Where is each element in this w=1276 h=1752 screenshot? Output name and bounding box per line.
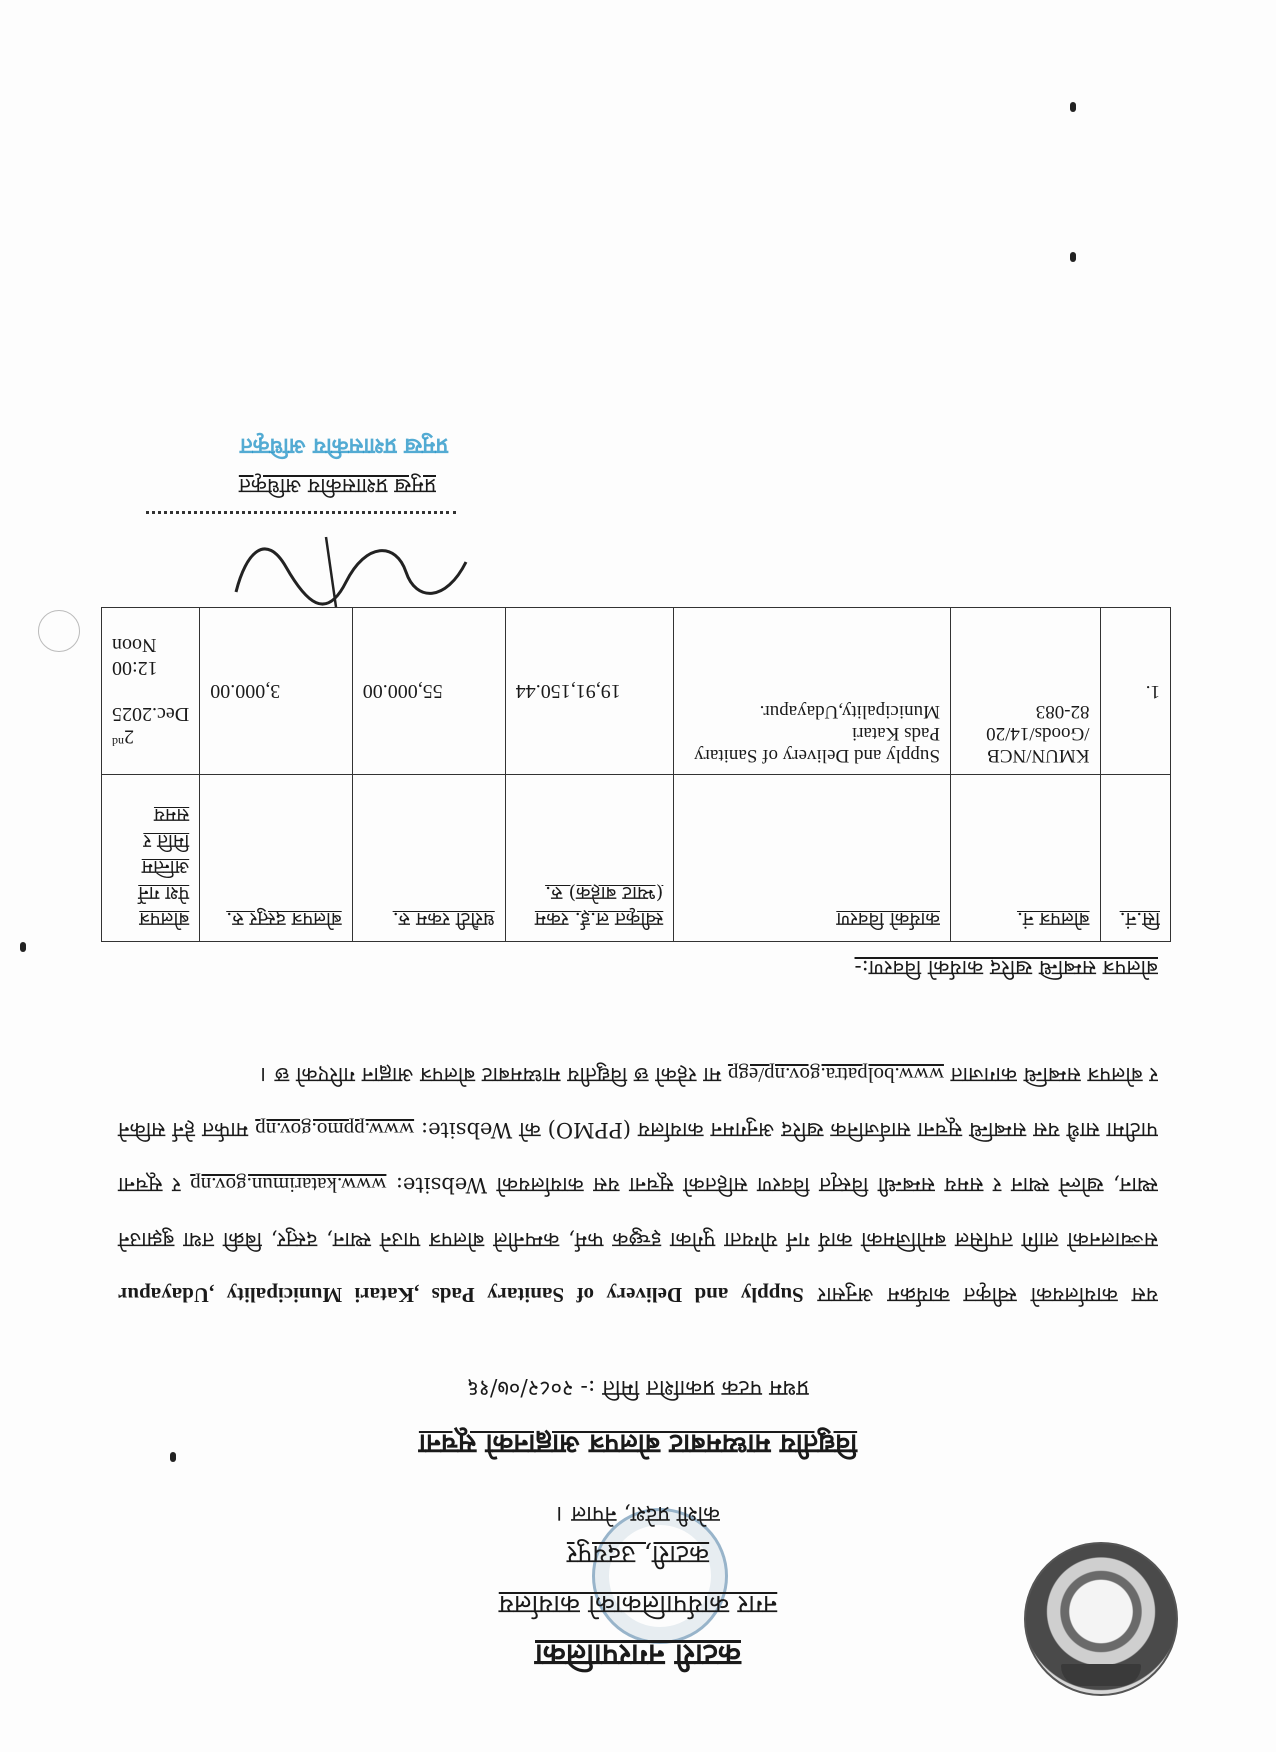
table-heading: बोलपत्र सम्बन्धि खरिद कार्यको विवरण:-: [855, 954, 1158, 982]
cell-deadline: 2nd Dec.2025 12:00 Noon: [102, 608, 200, 775]
notice-body: यस कार्यालयको स्वीकृत कार्यक्रम अनुसार S…: [118, 1047, 1158, 1322]
signatory-title: प्रमुख प्रशासकीय अधिकृत: [239, 472, 436, 500]
publication-date: प्रथम पटक प्रकाशित मिति :- २०८२/०७/१६: [0, 1374, 1276, 1404]
deadline-time: 12:00 Noon: [112, 634, 158, 679]
deadline-day: 2: [124, 726, 134, 748]
publication-date-value: २०८२/०७/१६: [467, 1375, 573, 1400]
designation-stamp: प्रमुख प्रशासकीय अधिकृत: [148, 418, 448, 462]
body-text-1: यस कार्यालयको स्वीकृत कार्यक्रम अनुसार: [818, 1283, 1158, 1307]
office-name: नगर कार्यपालिकाको कार्यालय: [0, 1588, 1276, 1624]
table-header-row: सि.नं. बोलपत्र नं. कार्यको विवरण स्वीकृत…: [102, 775, 1171, 942]
publication-date-label: प्रथम पटक प्रकाशित मिति :-: [580, 1375, 808, 1400]
punch-hole-icon: [38, 610, 80, 652]
project-name: Supply and Delivery of Sanitary Pads ,Ka…: [118, 1283, 804, 1307]
deadline-date: Dec.2025: [112, 703, 189, 725]
signature-line: [146, 511, 456, 514]
province-country: कोशी प्रदेश, नेपाल ।: [0, 1500, 1276, 1530]
col-bid-no: बोलपत्र नं.: [950, 775, 1100, 942]
cell-bid-no: KMUN/NCB /Goods/14/20 82-083: [950, 608, 1100, 775]
cell-fee: 3,000.00: [200, 608, 353, 775]
col-estimate: स्वीकृत ल.ई. रकम (भ्याट बाहेक) रु.: [505, 775, 674, 942]
col-fee: बोलपत्र दस्तुर रु.: [200, 775, 353, 942]
col-deadline: बोलपत्र पेश गर्ने अन्तिम मिति र समय: [102, 775, 200, 942]
municipality-title: कटारी नगरपालिका: [0, 1636, 1276, 1677]
signature-icon: [226, 532, 486, 612]
cell-sn: 1.: [1100, 608, 1170, 775]
bid-table: सि.नं. बोलपत्र नं. कार्यको विवरण स्वीकृत…: [101, 607, 1171, 942]
office-location: कटारी, उदयपुर: [0, 1538, 1276, 1574]
notice-title: विद्युतीय माध्यमबाट बोलपत्र आह्वानको सूच…: [0, 1427, 1276, 1464]
cell-security: 55,000.00: [352, 608, 505, 775]
col-sn: सि.नं.: [1100, 775, 1170, 942]
municipality-website-link[interactable]: www.katarimun.gov.np: [190, 1173, 386, 1197]
cell-description: Supply and Delivery of Sanitary Pads Kat…: [674, 608, 951, 775]
ppmo-website-link[interactable]: www.ppmo.gov.np: [255, 1118, 414, 1142]
bolpatra-website-link[interactable]: www.bolpatra.gov.np/egp: [728, 1063, 944, 1087]
table-row: 1. KMUN/NCB /Goods/14/20 82-083 Supply a…: [102, 608, 1171, 775]
speck-mark-icon: [1070, 252, 1076, 262]
speck-mark-icon: [1070, 102, 1076, 112]
deadline-suffix: nd: [112, 735, 124, 749]
col-security: धरौटी रकम रु.: [352, 775, 505, 942]
body-text-5: मा रहेको छ विद्युतीय माध्यमबाट बोलपत्र आ…: [260, 1063, 721, 1087]
col-description: कार्यको विवरण: [674, 775, 951, 942]
notice-document: कटारी नगरपालिका नगर कार्यपालिकाको कार्या…: [0, 0, 1276, 1752]
cell-estimate: 19,91,150.44: [505, 608, 674, 775]
speck-mark-icon: [20, 942, 26, 952]
speck-mark-icon: [170, 1452, 176, 1462]
